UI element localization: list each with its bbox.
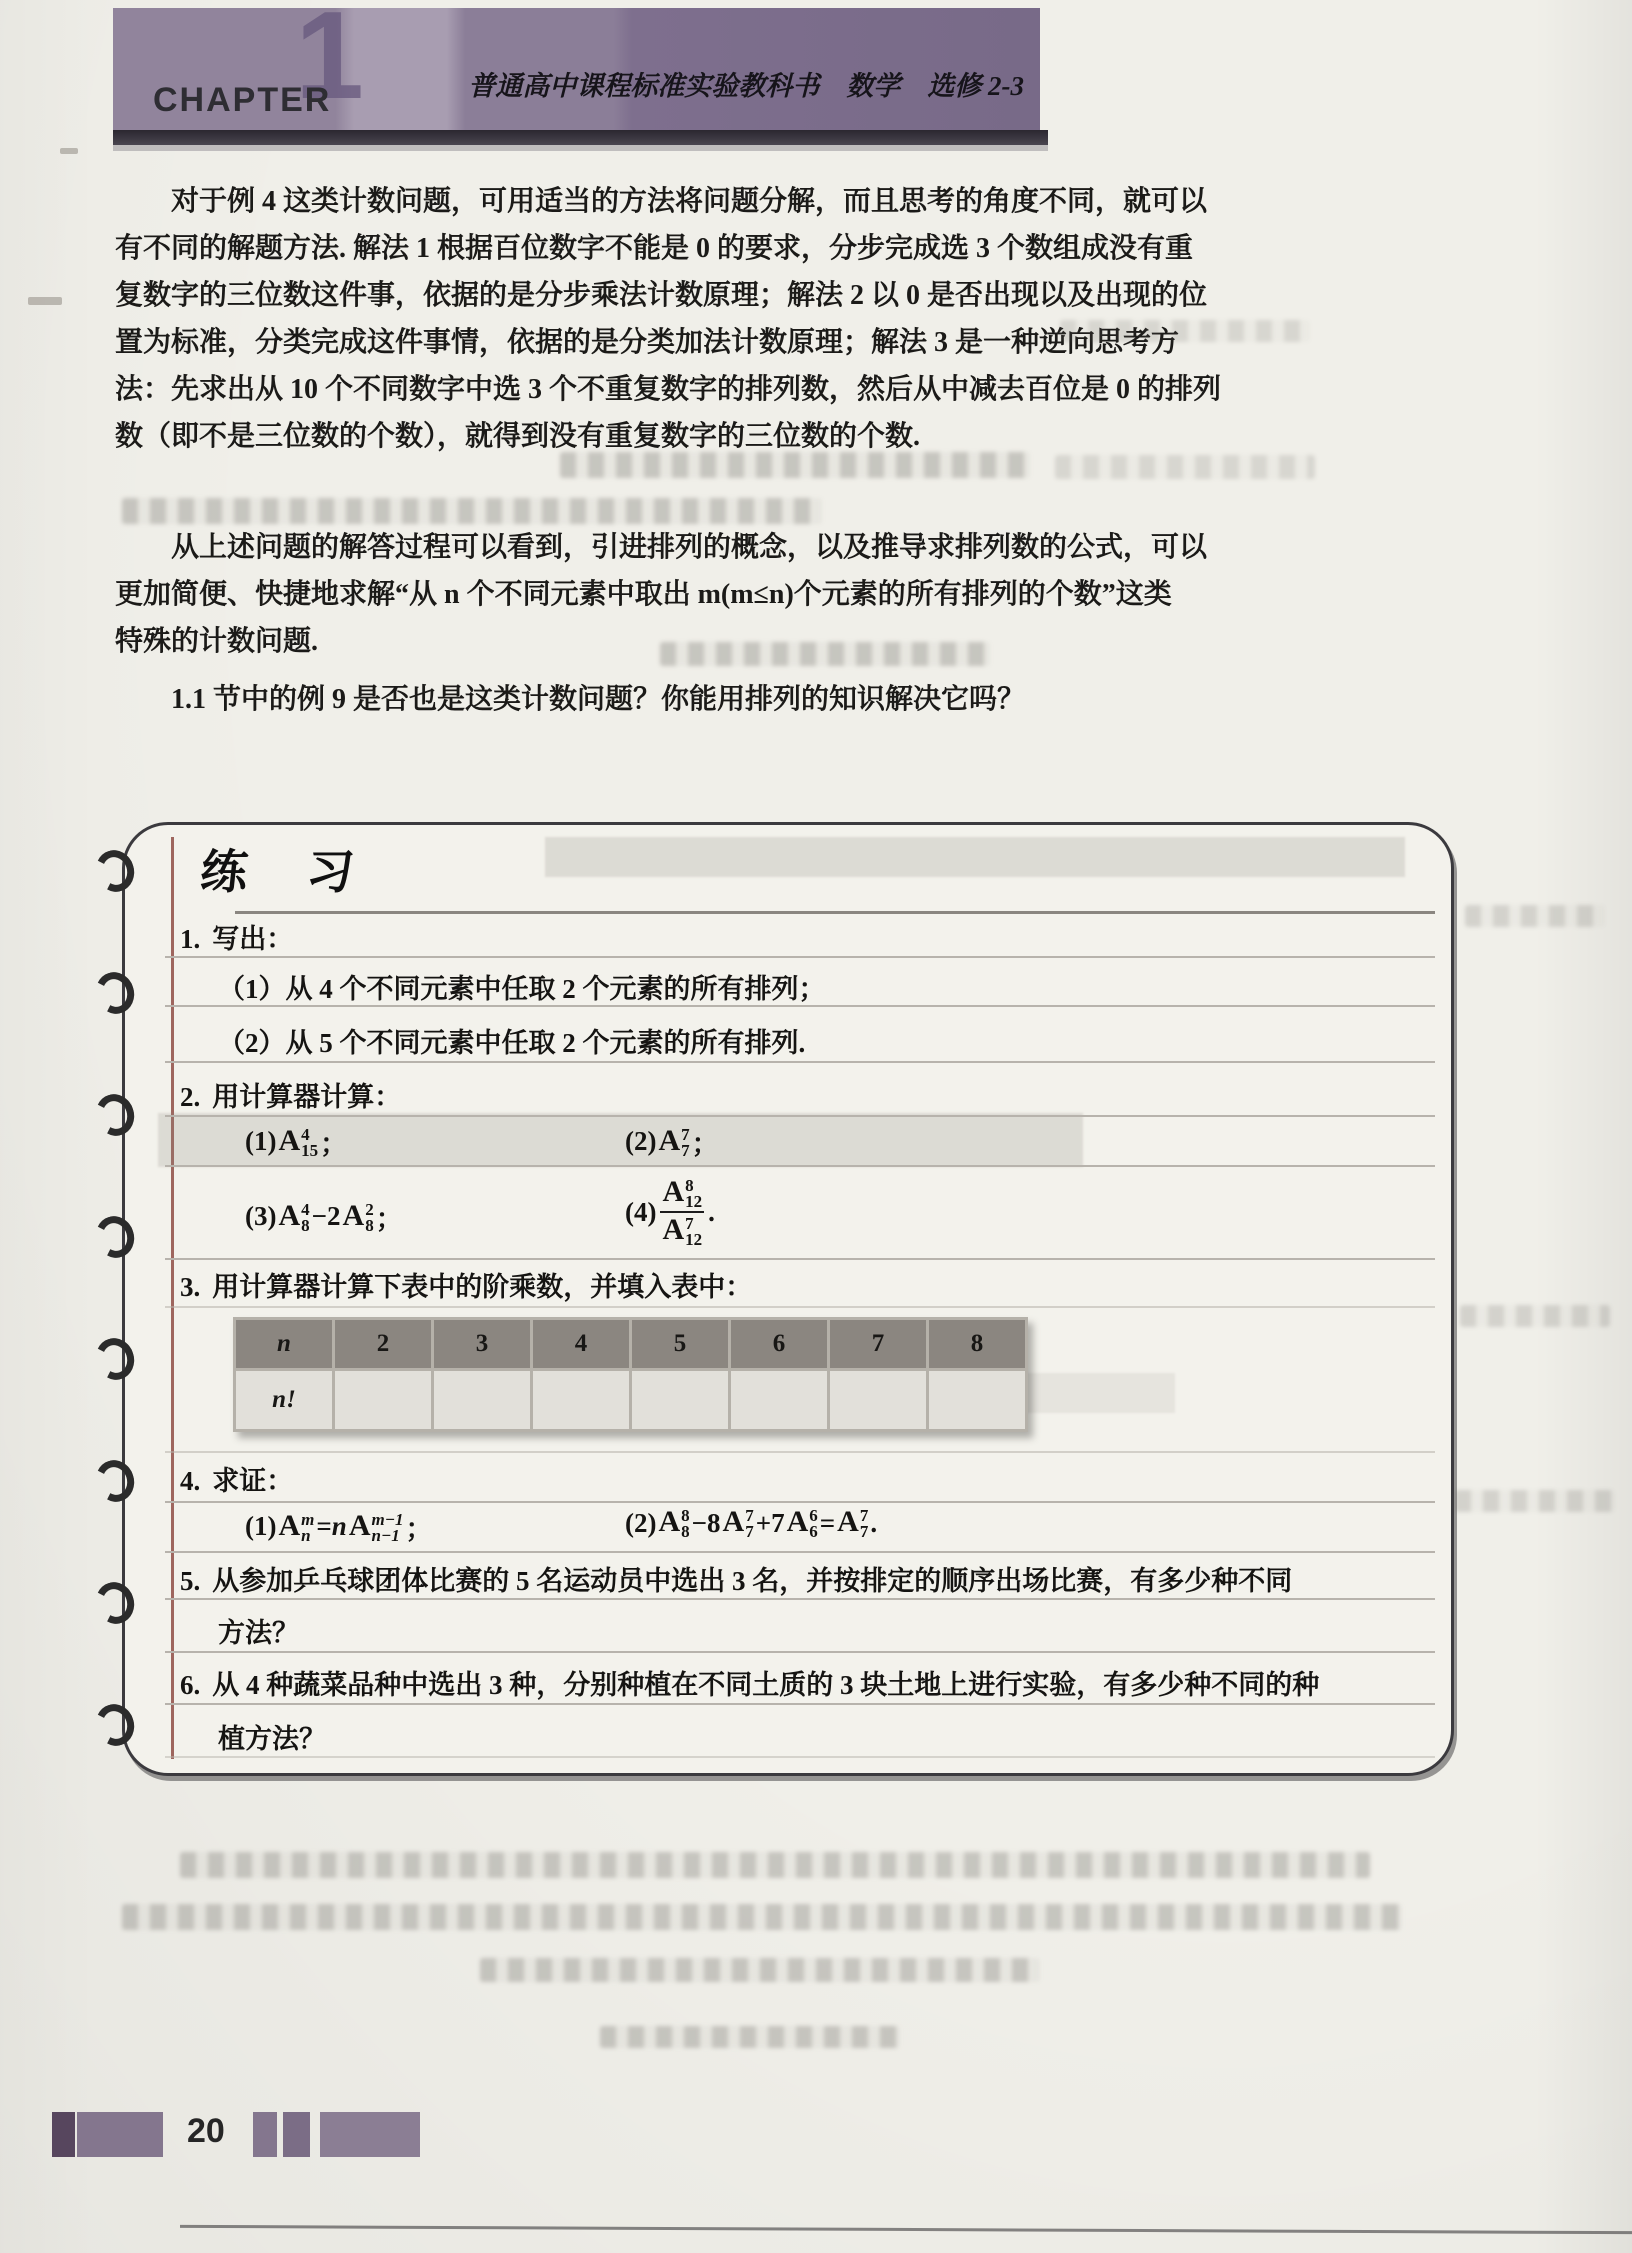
exercise-4-formula-2: (2) A88−8A77+7A66 = A77.	[625, 1507, 877, 1539]
exercise-5: 5.从参加乒乓球团体比赛的 5 名运动员中选出 3 名，并按排定的顺序出场比赛，…	[180, 1559, 1292, 1598]
table-row-label: n!	[236, 1371, 332, 1429]
exercise-2-formula-3: (3) A48−2A28；	[245, 1197, 403, 1236]
paragraph-line: 置为标准，分类完成这件事情，依据的是分类加法计数原理；解法 3 是一种逆向思考方	[115, 319, 1041, 366]
ruled-line	[165, 1551, 1435, 1553]
bleedthrough-artifact	[122, 498, 822, 524]
ruled-line	[165, 1598, 1435, 1600]
exercise-text: 求证：	[212, 1466, 293, 1496]
bleedthrough-artifact	[122, 1904, 1402, 1930]
exercise-2: 2.用计算器计算：	[180, 1075, 401, 1114]
bleedthrough-artifact	[560, 452, 1030, 478]
exercise-1: 1.写出：	[180, 917, 293, 956]
table-cell-empty	[929, 1371, 1025, 1429]
exercise-4: 4.求证：	[180, 1459, 293, 1498]
bleedthrough-artifact	[180, 1852, 1370, 1878]
exercise-number: 6.	[180, 1670, 200, 1700]
footer-block	[283, 2112, 310, 2157]
ruled-line	[165, 1258, 1435, 1260]
exercise-5-continued: 方法？	[218, 1611, 299, 1650]
table-header-cell: 7	[830, 1320, 926, 1368]
page-number: 20	[187, 2112, 225, 2151]
paragraph-line: 从上述问题的解答过程可以看到，引进排列的概念，以及推导求排列数的公式，可以	[115, 524, 1041, 571]
bleedthrough-artifact	[1060, 320, 1310, 342]
ruled-line	[165, 956, 1435, 958]
paragraph-1: 对于例 4 这类计数问题，可用适当的方法将问题分解，而且思考的角度不同，就可以 …	[115, 178, 1041, 460]
table-cell-empty	[632, 1371, 728, 1429]
chapter-banner: 1 CHAPTER 普通高中课程标准实验教科书 数学 选修 2-3	[113, 8, 1040, 130]
ruled-line	[165, 1165, 1435, 1167]
ruled-line	[235, 911, 1435, 914]
exercise-6-continued: 植方法？	[218, 1717, 326, 1756]
table-cell-empty	[434, 1371, 530, 1429]
banner-shadow-edge	[113, 145, 1048, 151]
table-cell-empty	[533, 1371, 629, 1429]
banner-shadow	[113, 130, 1048, 145]
footer-block	[253, 2112, 277, 2157]
table-header-row: n 2 3 4 5 6 7 8	[236, 1320, 1025, 1368]
table-cell-empty	[335, 1371, 431, 1429]
footer-block	[77, 2112, 163, 2157]
bleedthrough-artifact	[480, 1958, 1040, 1982]
table-header-cell: 2	[335, 1320, 431, 1368]
margin-line	[171, 837, 174, 1759]
footer-block	[320, 2112, 420, 2157]
table-header-cell: n	[236, 1320, 332, 1368]
exercise-number: 2.	[180, 1082, 200, 1112]
textbook-page: 1 CHAPTER 普通高中课程标准实验教科书 数学 选修 2-3 对于例 4 …	[0, 0, 1632, 2253]
paragraph-question: 1.1 节中的例 9 是否也是这类计数问题？你能用排列的知识解决它吗？	[115, 676, 1041, 723]
table-body-row: n!	[236, 1371, 1025, 1429]
book-title: 普通高中课程标准实验教科书 数学 选修 2-3	[468, 64, 1024, 103]
ruled-line	[165, 1061, 1435, 1063]
exercise-text: 从 4 种蔬菜品种中选出 3 种，分别种植在不同土质的 3 块土地上进行实验，有…	[212, 1670, 1319, 1700]
bleedthrough-artifact	[1460, 1305, 1610, 1327]
ruled-line	[165, 1651, 1435, 1653]
exercise-number: 3.	[180, 1272, 200, 1302]
scan-mark	[28, 297, 62, 305]
paragraph-line: 有不同的解题方法. 解法 1 根据百位数字不能是 0 的要求，分步完成选 3 个…	[115, 225, 1041, 272]
table-header-cell: 6	[731, 1320, 827, 1368]
bleedthrough-artifact	[1465, 905, 1605, 927]
factorial-table: n 2 3 4 5 6 7 8 n!	[233, 1317, 1028, 1432]
exercise-6: 6.从 4 种蔬菜品种中选出 3 种，分别种植在不同土质的 3 块土地上进行实验…	[180, 1663, 1319, 1702]
table-header-cell: 8	[929, 1320, 1025, 1368]
exercise-text: 写出：	[212, 924, 293, 954]
practice-title: 练 习	[197, 835, 363, 902]
practice-box: 练 习 1.写出： （1）从 4 个不同元素中任取 2 个元素的所有排列； （2…	[122, 822, 1454, 1776]
bleedthrough-artifact	[1455, 1490, 1615, 1512]
bleedthrough-artifact	[1055, 455, 1315, 479]
ruled-line	[165, 1306, 1435, 1308]
table-header-cell: 5	[632, 1320, 728, 1368]
bleedthrough-artifact	[545, 837, 1405, 877]
paragraph-line: 复数字的三位数这件事，依据的是分步乘法计数原理；解法 2 以 0 是否出现以及出…	[115, 272, 1041, 319]
exercise-text: 用计算器计算下表中的阶乘数，并填入表中：	[212, 1272, 752, 1302]
table-header-cell: 4	[533, 1320, 629, 1368]
ruled-line	[165, 1005, 1435, 1007]
chapter-label: CHAPTER	[153, 81, 331, 120]
ruled-line	[165, 1451, 1435, 1453]
ruled-line	[165, 1756, 1435, 1758]
exercise-2-formula-2: (2) A77；	[625, 1122, 719, 1161]
table-cell-empty	[731, 1371, 827, 1429]
bleedthrough-artifact	[660, 642, 990, 666]
bleedthrough-artifact	[600, 2026, 900, 2048]
ruled-line	[165, 1115, 1435, 1117]
exercise-1-sub-1: （1）从 4 个不同元素中任取 2 个元素的所有排列；	[218, 967, 826, 1006]
paragraph-line: 对于例 4 这类计数问题，可用适当的方法将问题分解，而且思考的角度不同，就可以	[115, 178, 1041, 225]
exercise-number: 4.	[180, 1466, 200, 1496]
scan-mark	[60, 148, 78, 154]
footer-block	[52, 2112, 75, 2157]
page-edge-line	[180, 2225, 1632, 2234]
exercise-2-formula-4: (4) A812A712.	[625, 1177, 715, 1247]
exercise-number: 1.	[180, 924, 200, 954]
paragraph-line: 1.1 节中的例 9 是否也是这类计数问题？你能用排列的知识解决它吗？	[115, 676, 1041, 723]
table-header-cell: 3	[434, 1320, 530, 1368]
exercise-2-formula-1: (1) A415；	[245, 1122, 347, 1161]
exercise-4-formula-1: (1) Amn = nAm−1n−1；	[245, 1507, 433, 1546]
exercise-text: 用计算器计算：	[212, 1082, 401, 1112]
ruled-line	[165, 1703, 1435, 1705]
exercise-1-sub-2: （2）从 5 个不同元素中任取 2 个元素的所有排列.	[218, 1021, 805, 1060]
exercise-3: 3.用计算器计算下表中的阶乘数，并填入表中：	[180, 1265, 752, 1304]
exercise-text: 从参加乒乓球团体比赛的 5 名运动员中选出 3 名，并按排定的顺序出场比赛，有多…	[212, 1566, 1292, 1596]
paragraph-line: 更加简便、快捷地求解“从 n 个不同元素中取出 m(m≤n)个元素的所有排列的个…	[115, 571, 1041, 618]
ruled-line	[165, 1501, 1435, 1503]
exercise-number: 5.	[180, 1566, 200, 1596]
table-cell-empty	[830, 1371, 926, 1429]
paragraph-line: 法：先求出从 10 个不同数字中选 3 个不重复数字的排列数，然后从中减去百位是…	[115, 366, 1041, 413]
